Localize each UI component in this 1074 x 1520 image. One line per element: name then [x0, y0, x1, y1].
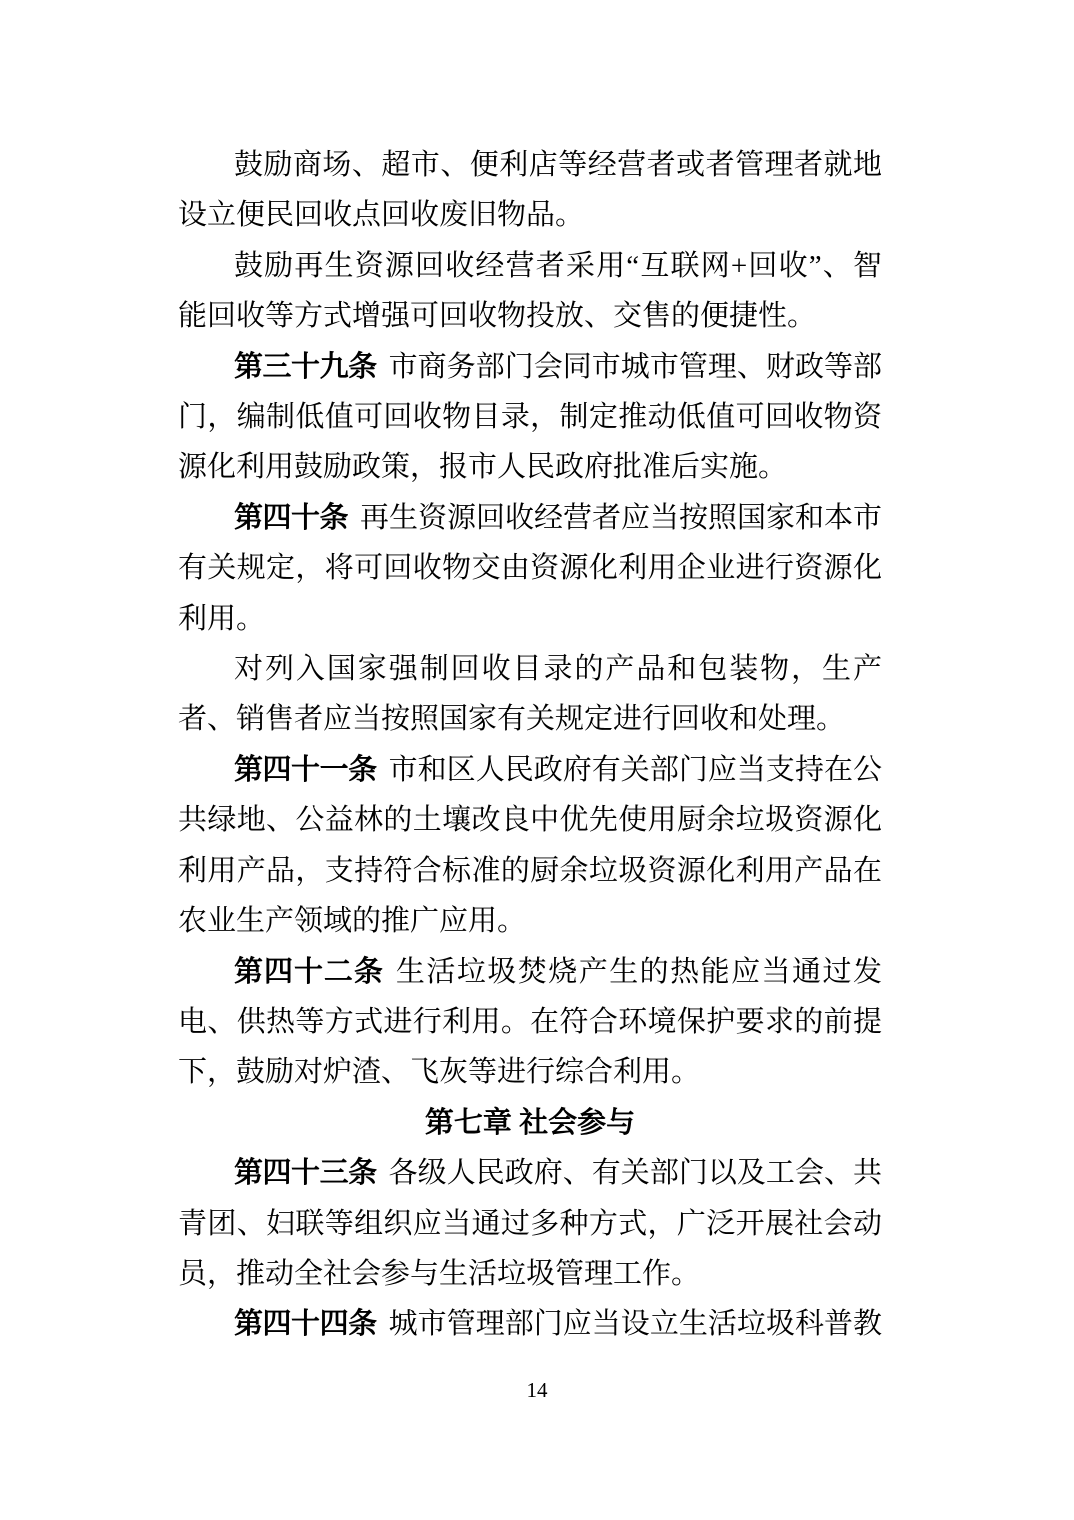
text-line: 共绿地、公益林的土壤改良中优先使用厨余垃圾资源化 — [178, 795, 882, 845]
text-line: 利用。 — [178, 594, 882, 644]
document-page: 鼓励商场、超市、便利店等经营者或者管理者就地 设立便民回收点回收废旧物品。 鼓励… — [0, 0, 1074, 1520]
text-line: 下，鼓励对炉渣、飞灰等进行综合利用。 — [178, 1047, 882, 1097]
article-text: 市和区人民政府有关部门应当支持在公 — [389, 754, 882, 786]
text-line: 第四十一条市和区人民政府有关部门应当支持在公 — [178, 745, 882, 795]
text-line: 对列入国家强制回收目录的产品和包装物，生产 — [178, 644, 882, 694]
text-line: 门，编制低值可回收物目录，制定推动低值可回收物资 — [178, 392, 882, 442]
text-line: 设立便民回收点回收废旧物品。 — [178, 190, 882, 240]
text-line: 第四十三条各级人民政府、有关部门以及工会、共 — [178, 1148, 882, 1198]
article-number: 第四十四条 — [234, 1308, 377, 1340]
article-number: 第四十三条 — [234, 1157, 377, 1189]
text-line: 电、供热等方式进行利用。在符合环境保护要求的前提 — [178, 997, 882, 1047]
text-line: 员，推动全社会参与生活垃圾管理工作。 — [178, 1249, 882, 1299]
page-number: 14 — [0, 1378, 1074, 1402]
text-line: 能回收等方式增强可回收物投放、交售的便捷性。 — [178, 291, 882, 341]
chapter-heading: 第七章 社会参与 — [178, 1098, 882, 1148]
article-number: 第三十九条 — [234, 351, 377, 383]
text-line: 第三十九条市商务部门会同市城市管理、财政等部 — [178, 342, 882, 392]
article-number: 第四十一条 — [234, 754, 377, 786]
article-number: 第四十二条 — [234, 956, 384, 988]
text-line: 有关规定，将可回收物交由资源化利用企业进行资源化 — [178, 543, 882, 593]
article-text: 各级人民政府、有关部门以及工会、共 — [389, 1157, 882, 1189]
text-line: 第四十四条城市管理部门应当设立生活垃圾科普教 — [178, 1299, 882, 1349]
text-line: 第四十条再生资源回收经营者应当按照国家和本市 — [178, 493, 882, 543]
text-line: 者、销售者应当按照国家有关规定进行回收和处理。 — [178, 694, 882, 744]
article-text: 再生资源回收经营者应当按照国家和本市 — [360, 502, 882, 534]
text-line: 鼓励商场、超市、便利店等经营者或者管理者就地 — [178, 140, 882, 190]
article-text: 城市管理部门应当设立生活垃圾科普教 — [389, 1308, 882, 1340]
text-line: 利用产品，支持符合标准的厨余垃圾资源化利用产品在 — [178, 846, 882, 896]
text-line: 鼓励再生资源回收经营者采用“互联网+回收”、智 — [178, 241, 882, 291]
article-number: 第四十条 — [234, 502, 348, 534]
page-body-text: 鼓励商场、超市、便利店等经营者或者管理者就地 设立便民回收点回收废旧物品。 鼓励… — [178, 140, 882, 1350]
text-line: 源化利用鼓励政策，报市人民政府批准后实施。 — [178, 442, 882, 492]
text-line: 青团、妇联等组织应当通过多种方式，广泛开展社会动 — [178, 1199, 882, 1249]
text-line: 第四十二条生活垃圾焚烧产生的热能应当通过发 — [178, 947, 882, 997]
text-line: 农业生产领域的推广应用。 — [178, 896, 882, 946]
article-text: 市商务部门会同市城市管理、财政等部 — [389, 351, 882, 383]
article-text: 生活垃圾焚烧产生的热能应当通过发 — [396, 956, 882, 988]
